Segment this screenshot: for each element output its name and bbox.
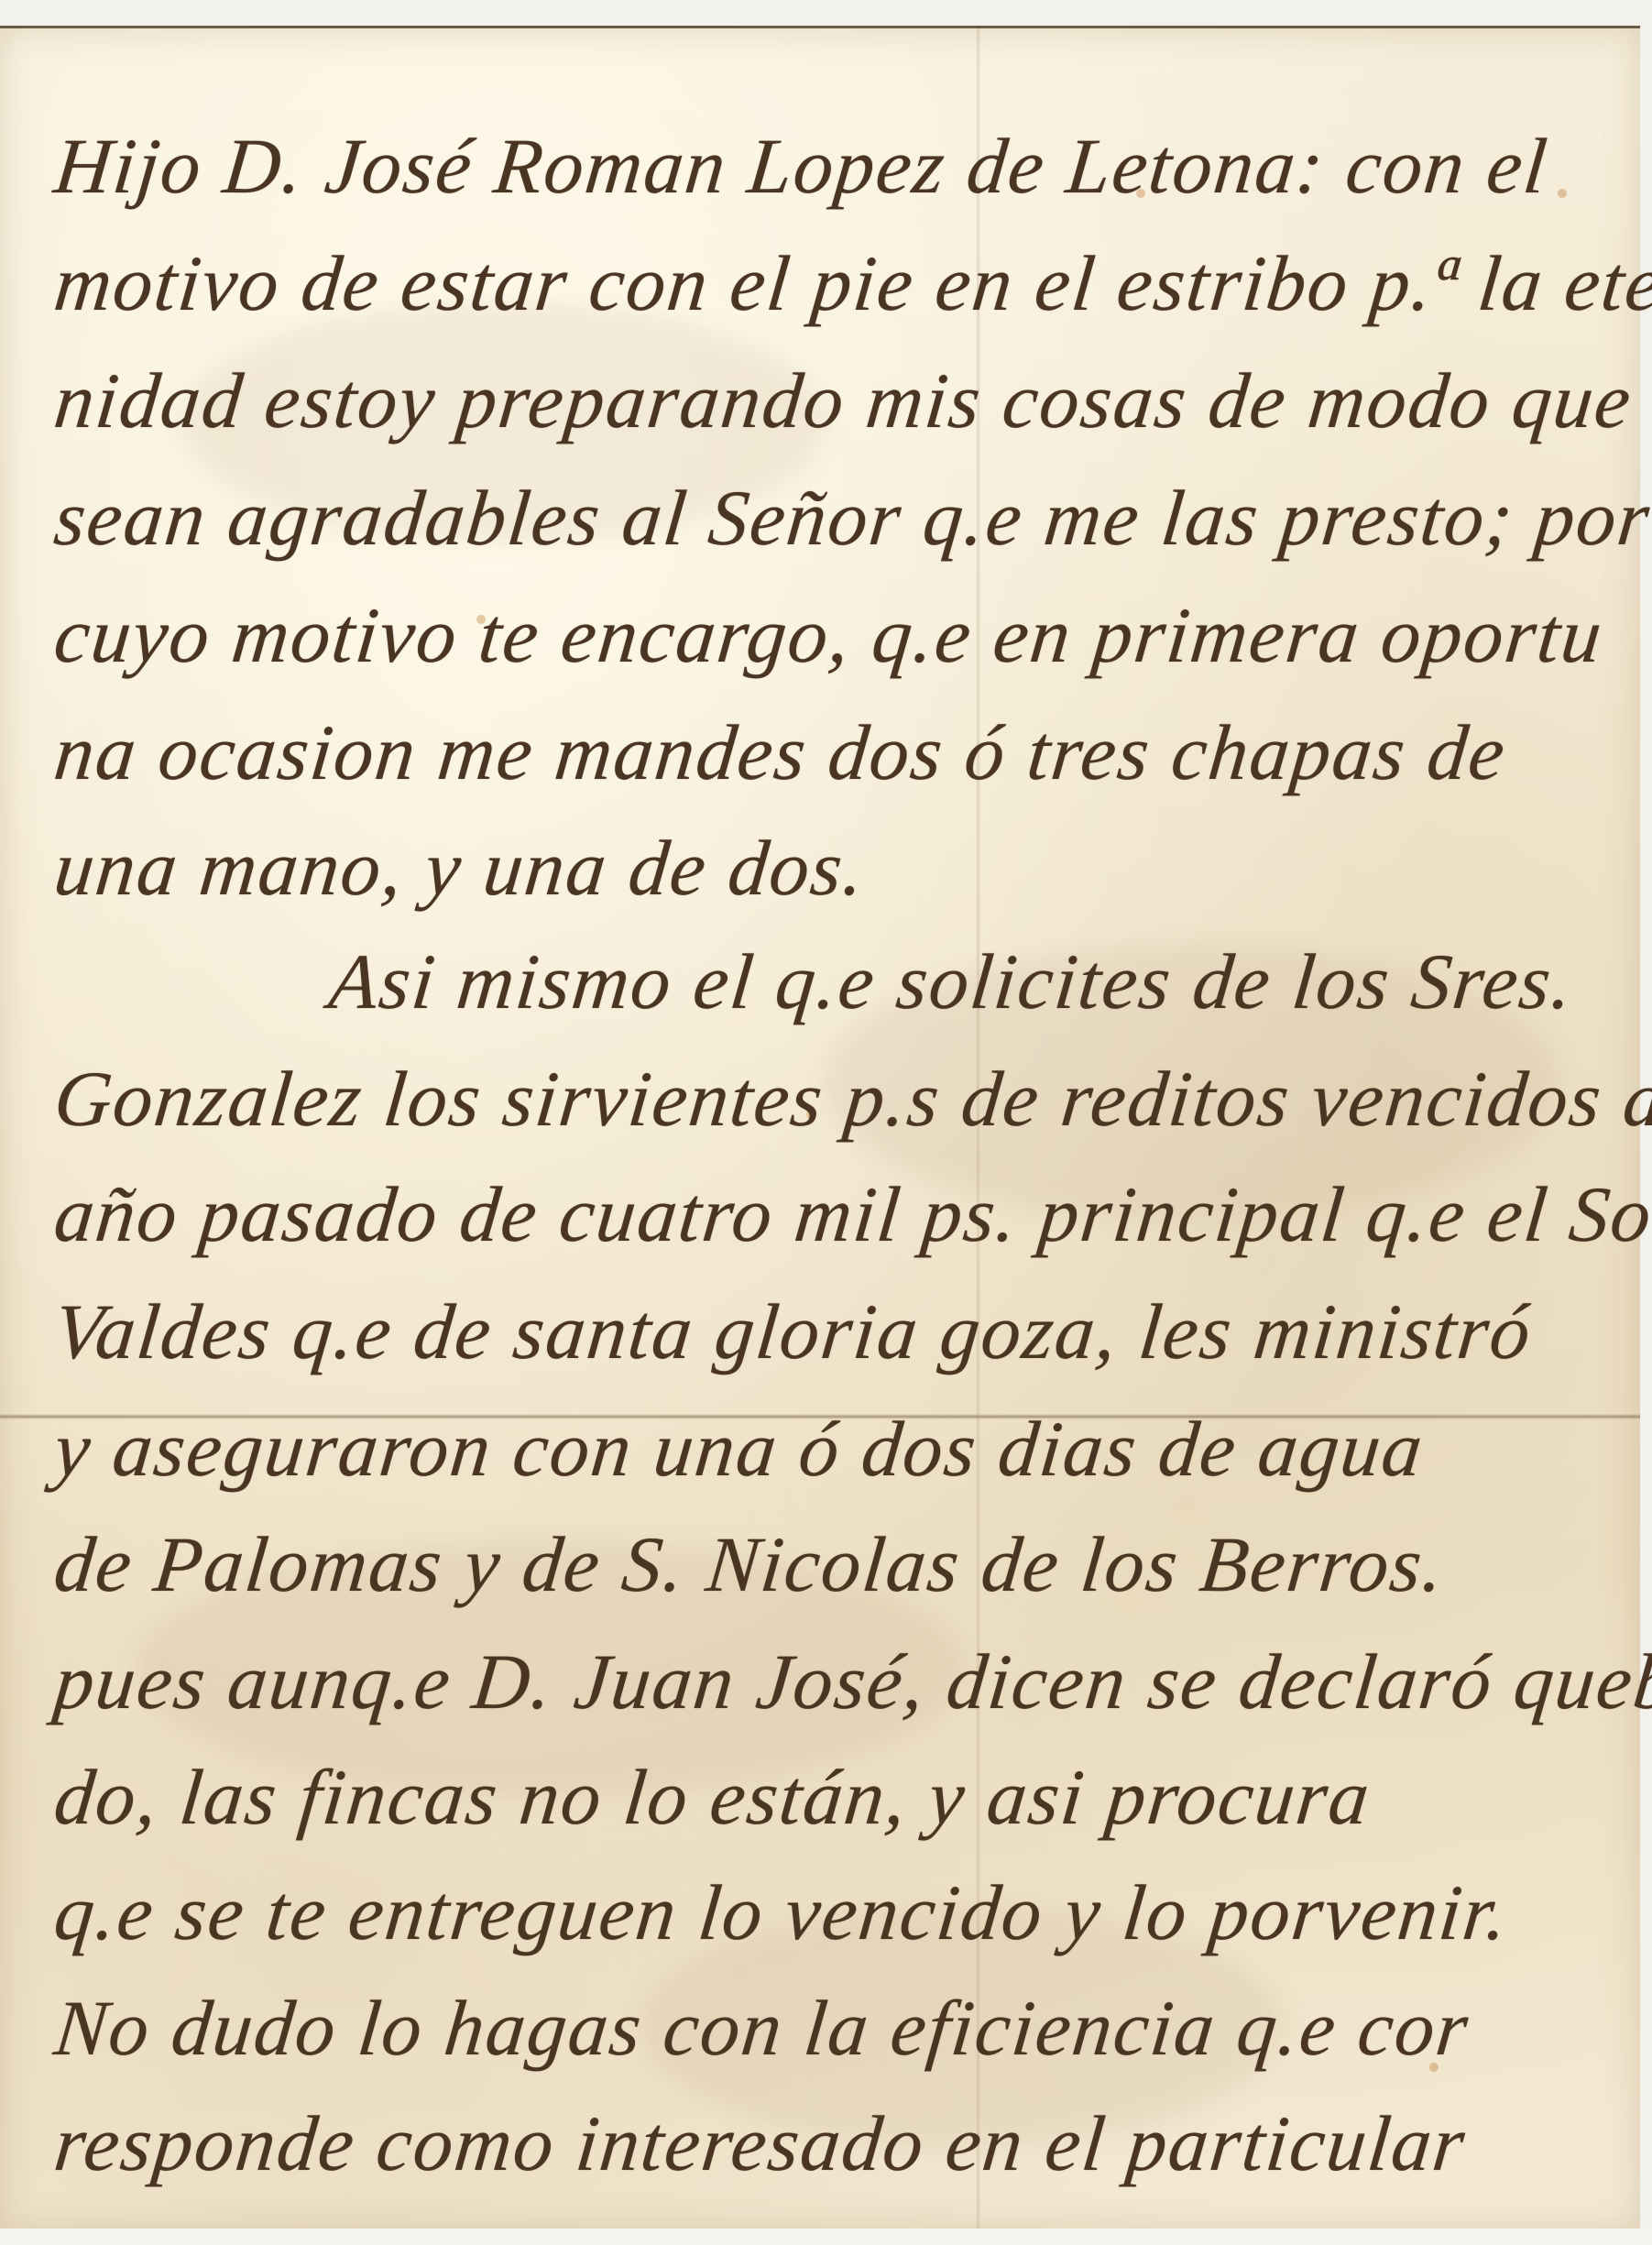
letter-line-1: Hijo D. José Roman Lopez de Letona: con … [50,120,1627,212]
letter-line-6: na ocasion me mandes dos ó tres chapas d… [50,706,1627,798]
letter-line-10: año pasado de cuatro mil ps. principal q… [50,1168,1627,1260]
letter-line-9: Gonzalez los sirvientes p.s de reditos v… [50,1053,1627,1144]
scan-margin [0,2229,1652,2245]
letter-body: Hijo D. José Roman Lopez de Letona: con … [0,28,1640,2232]
letter-line-3: nidad estoy preparando mis cosas de modo… [50,355,1627,446]
letter-line-2: motivo de estar con el pie en el estribo… [50,237,1627,329]
letter-line-7: una mano, y una de dos. [50,822,1627,914]
letter-line-13: de Palomas y de S. Nicolas de los Berros… [50,1518,1627,1610]
letter-line-4: sean agradables al Señor q.e me las pres… [50,472,1627,564]
letter-line-5: cuyo motivo te encargo, q.e en primera o… [50,589,1627,681]
letter-line-18: responde como interesado en el particula… [50,2097,1627,2189]
manuscript-page: Hijo D. José Roman Lopez de Letona: con … [0,26,1640,2232]
letter-line-11: Valdes q.e de santa gloria goza, les min… [50,1286,1627,1377]
letter-line-15: do, las fincas no lo están, y asi procur… [50,1751,1627,1843]
letter-line-16: q.e se te entreguen lo vencido y lo porv… [50,1867,1627,1958]
letter-line-17: No dudo lo hagas con la eficiencia q.e c… [50,1982,1627,2074]
letter-line-14: pues aunq.e D. Juan José, dicen se decla… [50,1636,1627,1727]
letter-line-8: Asi mismo el q.e solicites de los Sres. [325,936,1627,1027]
letter-line-12: y aseguraron con una ó dos dias de agua [50,1403,1627,1495]
